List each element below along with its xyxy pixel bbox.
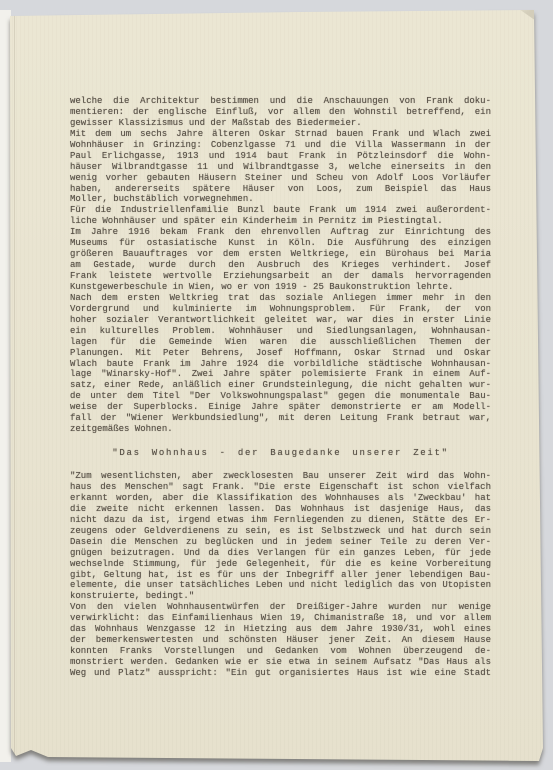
text-line: Für die Industriellenfamilie Bunzl baute… (70, 205, 491, 216)
text-line: konstruierte, bedingt." (70, 591, 491, 602)
text-line: haben, andererseits spätere Häuser von L… (70, 184, 491, 195)
text-line: monstriert werden. Gedanken wie er sie e… (70, 657, 491, 668)
folded-corner (519, 9, 539, 23)
text-line: welche die Architektur bestimmen und die… (70, 96, 491, 107)
text-line: de unter dem Titel "Der Volkswohnungspal… (70, 391, 491, 402)
scanned-page: welche die Architektur bestimmen und die… (0, 0, 553, 770)
text-line: nicht dazu da ist, irgend etwas ihm Fern… (70, 515, 491, 526)
text-line: gewisser Klassizismus und der Maßstab de… (70, 118, 491, 129)
text-line: Weg und Platz" ausspricht: "Ein gut orga… (70, 668, 491, 679)
text-line: Nach dem ersten Weltkrieg trat das sozia… (70, 293, 491, 304)
text-line: hoher sozialer Verantwortlichkeit geleit… (70, 315, 491, 326)
text-line: Mit dem um sechs Jahre älteren Oskar Str… (70, 129, 491, 140)
text-line: die zweite nicht erkennen lassen. Das Wo… (70, 504, 491, 515)
text-line: Im Jahre 1916 bekam Frank den ehrenvolle… (70, 227, 491, 238)
text-line: ein kulturelles Problem. Wohnhäuser und … (70, 326, 491, 337)
paragraph-1: welche die Architektur bestimmen und die… (70, 96, 491, 435)
paragraph-2: "Zum wesentlichsten, aber zwecklosesten … (70, 471, 491, 679)
text-line: größeren Bauauftrages vor dem ersten Wel… (70, 249, 491, 260)
paper-sheet: welche die Architektur bestimmen und die… (0, 0, 553, 770)
text-line: mentieren: der englische Einfluß, vor al… (70, 107, 491, 118)
text-line: das Wohnhaus Wenzgasse 12 in Hietzing au… (70, 624, 491, 635)
text-line: gnügen beizutragen. Und da dies Verlange… (70, 548, 491, 559)
text-line: Von den vielen Wohnhausentwürfen der Dre… (70, 602, 491, 613)
text-line: elemente, die unser tatsächliches Leben … (70, 580, 491, 591)
text-line: liche Wohnhäuser und später ein Kinderhe… (70, 216, 491, 227)
text-line: Frank leistete wertvolle Erziehungsarbei… (70, 271, 491, 282)
text-line: lage "Winarsky-Hof". Zwei Jahre später p… (70, 369, 491, 380)
paper-crease-line (14, 14, 15, 756)
text-line: wechselnde Stimmung, für jede Gelegenhei… (70, 559, 491, 570)
section-heading: "Das Wohnhaus - der Baugedanke unserer Z… (70, 448, 491, 459)
text-line: Planungen. Mit Peter Behrens, Josef Hoff… (70, 348, 491, 359)
text-line: wenig vorher gebauten Häusern Steiner un… (70, 173, 491, 184)
text-line: fall der "Wiener Werkbundsiedlung", mit … (70, 413, 491, 424)
text-line: Dasein die Menschen zu beglücken und in … (70, 537, 491, 548)
page-text: welche die Architektur bestimmen und die… (70, 96, 491, 679)
text-line: Moller, buchstäblich vorwegnehmen. (70, 194, 491, 205)
text-line: erkannt worden, aber die Klassifikation … (70, 493, 491, 504)
text-line: der bemerkenswertesten und schönsten Häu… (70, 635, 491, 646)
text-line: haus des Menschen" sagt Frank. "Die erst… (70, 482, 491, 493)
text-line: Wohnhäuser in Grinzing: Cobenzlgasse 71 … (70, 140, 491, 151)
text-line: zeugens oder Geldverdienens zu sein, es … (70, 526, 491, 537)
text-line: satz, einer Rede, anläßlich einer Grunds… (70, 380, 491, 391)
text-line: Vordergrund und kulminierte im Wohnungsp… (70, 304, 491, 315)
scanner-background: welche die Architektur bestimmen und die… (0, 0, 553, 770)
text-line: verwirklicht: das Einfamilienhaus Wien 1… (70, 613, 491, 624)
text-line: zeitgemäßes Wohnen. (70, 424, 491, 435)
text-line: "Zum wesentlichsten, aber zwecklosesten … (70, 471, 491, 482)
text-line: häuser Wilbrandtgasse 11 und Wilbrandtga… (70, 162, 491, 173)
text-line: Kunstgewerbeschule in Wien, wo er von 19… (70, 282, 491, 293)
text-line: Wlach baute Frank im Jahre 1924 die vorb… (70, 359, 491, 370)
text-line: Museums für ostasiatische Kunst in Köln.… (70, 238, 491, 249)
text-line: Paul Erlichgasse, 1913 und 1914 baut Fra… (70, 151, 491, 162)
text-line: weise der Superblocks. Einige Jahre spät… (70, 402, 491, 413)
text-line: gibt, Geltung hat, ist es für uns der In… (70, 570, 491, 581)
text-line: am Gestade, wurde durch den Ausbruch des… (70, 260, 491, 271)
text-line: konnten Franks Vorstellungen und Gedanke… (70, 646, 491, 657)
text-line: lagen für die Gemeinde Wien waren die au… (70, 337, 491, 348)
